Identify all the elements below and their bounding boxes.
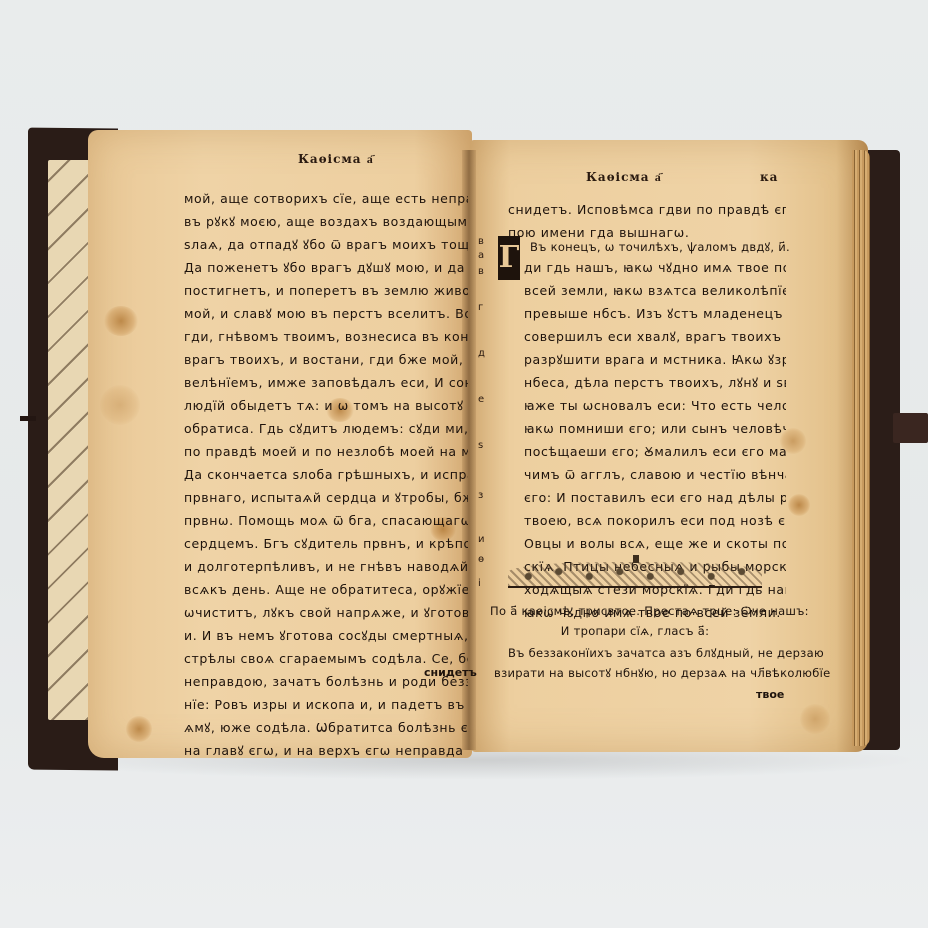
troparion-line: взирати на высотꙋ нбнꙋю, но дерзаѧ на чл… [494,662,831,684]
left-catchword: снидетъ [424,666,477,679]
text-line: ꙗкѡ помниши єго; или сынъ человѣчь, ꙗкѡ [524,417,786,440]
text-line: по правдѣ моей и по незлобѣ моей на мѧ. [184,440,468,463]
text-line: Да скончаетса ѕлоба грѣшныхъ, и исправиш… [184,463,468,486]
text-line: мой, и славꙋ мою въ перстъ вселитъ. Воск… [184,302,468,325]
page-edges [852,150,870,746]
text-line: мой, аще сотворихъ сїе, аще есть неправд… [184,187,468,210]
text-line: всей земли, ꙗкѡ взѧтса великолѣпїе твое [524,279,786,302]
psalm-title: Въ конецъ, ѡ точилѣхъ, ѱаломъ двдꙋ, и҃. [530,236,790,258]
text-line: обратиса. Гдь сꙋдитъ людемъ: сꙋди ми, гд… [184,417,468,440]
verse-number: г [478,302,483,313]
verse-number: ѳ [478,554,484,565]
text-line: на главꙋ єгѡ, и на верхъ єгѡ неправда єг… [184,739,468,762]
verse-number: а [478,250,484,261]
text-line: всѧкъ день. Аще не обратитеса, орꙋжїе св… [184,578,468,601]
text-line: велѣнїемъ, имже заповѣдалъ еси, И сонмъ [184,371,468,394]
text-line: твоею, всѧ покорилъ еси под нозѣ єгѡ: [524,509,786,532]
verse-number: і [478,578,481,589]
foxing-stain [126,716,152,742]
text-line: совершилъ еси хвалꙋ, врагъ твоихъ ради, … [524,325,786,348]
folio-number: ка [760,170,778,184]
verse-number: е [478,394,484,405]
text-line: ѧмꙋ, юже содѣла. Ѡбратитса болѣзнь єгѡ [184,716,468,739]
text-line: нїе: Ровъ изры и ископа и, и падетъ въ [184,693,468,716]
rubric-line-1: По а҃ каѳісмѣ, трисвтое. Престаѧ трце: Ѻ… [490,600,780,622]
text-line: Овцы и волы всѧ, еще же и скоты поль- [524,532,786,555]
text-line: ꙗже ты ѡсновалъ еси: Что есть человѣкъ, [524,394,786,417]
foxing-stain [788,494,810,516]
text-line: разрꙋшити врага и мстника. Ꙗкѡ ꙋзрю [524,348,786,371]
text-line: превыше нбсъ. Изъ ꙋстъ младенецъ и ссꙋщи… [524,302,786,325]
text-line: въ рꙋкꙋ моєю, аще воздахъ воздающымъ мнѣ [184,210,468,233]
text-line: людїй обыдетъ тѧ: и ѡ томъ на высотꙋ [184,394,468,417]
text-line: посѣщаеши єго; Ꙋмалилъ еси єго малымъ [524,440,786,463]
text-line: гди, гнѣвомъ твоимъ, вознесиса въ концах… [184,325,468,348]
foxing-stain [104,306,138,336]
foxing-stain [100,385,140,425]
text-line: и. И въ немъ ꙋготова сосꙋды смертныѧ, [184,624,468,647]
right-running-head: Каѳісма а҃ [586,170,662,185]
text-line: ѡчиститъ, лꙋкъ свой напрѧже, и ꙋготова [184,601,468,624]
text-line: првнаго, испытаѧй сердца и ꙋтробы, бже, [184,486,468,509]
verse-number: з [478,490,483,501]
leather-clasp-strap [893,413,928,443]
rubric-line-2: И тропари сїѧ, гласъ а҃: [490,620,780,642]
verse-number: д [478,348,485,359]
verse-number: ѕ [478,440,483,451]
text-line: ѕлаѧ, да отпадꙋ ꙋбо ѿ врагъ моихъ тощь: [184,233,468,256]
verse-number: в [478,236,484,247]
text-line: сердцемъ. Бгъ сꙋдитель првнъ, и крѣпокъ, [184,532,468,555]
clasp-pin [20,416,36,421]
verse-number: и [478,534,485,545]
foxing-stain [800,704,830,734]
text-line: Да поженетъ ꙋбо врагъ дꙋшꙋ мою, и да [184,256,468,279]
text-line: чимъ ѿ агглъ, славою и честїю вѣнчалъ ес… [524,463,786,486]
right-catchword: твое [756,688,784,701]
text-line: постигнетъ, и поперетъ въ землю животъ [184,279,468,302]
verse-number: в [478,266,484,277]
troparion-line: Въ беззаконїихъ зачатса азъ блꙋдный, не … [508,642,824,664]
text-line: єго: И поставилъ еси єго над дѣлы рꙋкꙋ [524,486,786,509]
text-line: ди гдь нашъ, ꙗкѡ чꙋдно имѧ твое по [524,256,786,279]
text-line: снидетъ. Исповѣмса гдви по правдѣ єгѡ и [508,198,786,221]
left-running-head: Каѳісма а҃ [298,152,374,167]
text-line: нбеса, дѣла перстъ твоихъ, лꙋнꙋ и ѕвѣзды… [524,371,786,394]
text-line: првнѡ. Помощь моѧ ѿ бга, спасающагѡ прав… [184,509,468,532]
decorative-headpiece [508,562,762,588]
text-line: врагъ твоихъ, и востани, гди бже мой, по… [184,348,468,371]
illuminated-initial: Г [498,236,520,280]
text-line: и долготерпѣливъ, и не гнѣвъ наводѧй на [184,555,468,578]
